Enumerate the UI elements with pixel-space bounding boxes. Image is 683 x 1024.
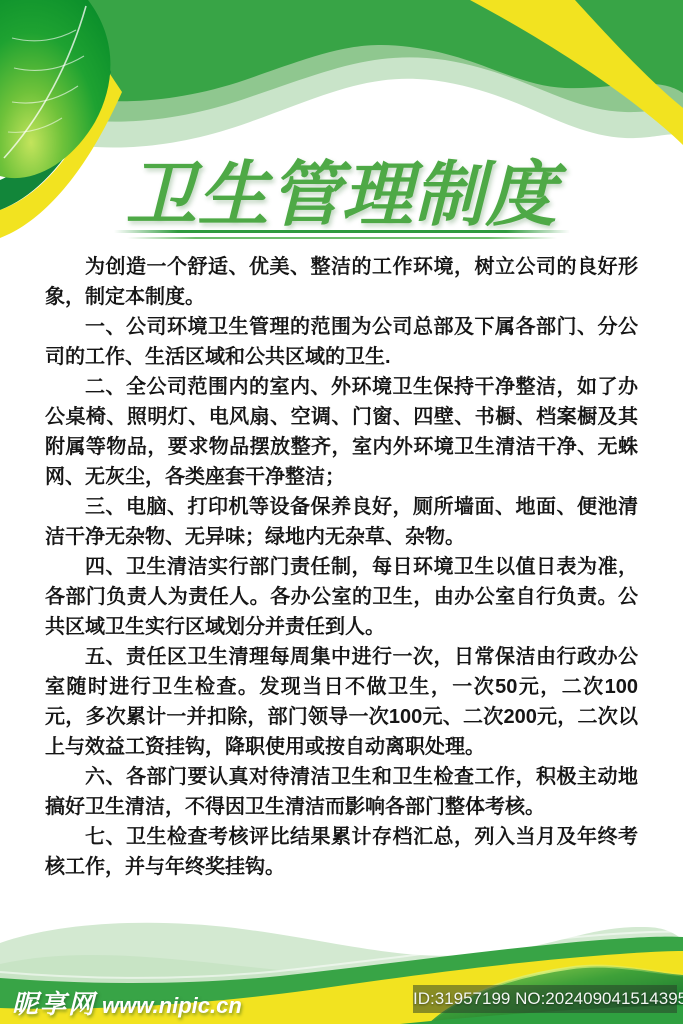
hygiene-rules-poster: 卫生管理制度 为创造一个舒适、优美、整洁的工作环境，树立公司的良好形象，制定本制… xyxy=(0,0,683,1024)
rule-paragraph-6: 六、各部门要认真对待清洁卫生和卫生检查工作，积极主动地搞好卫生清洁，不得因卫生清… xyxy=(45,762,638,822)
rules-body: 为创造一个舒适、优美、整洁的工作环境，树立公司的良好形象，制定本制度。 一、公司… xyxy=(45,252,638,882)
rule-paragraph-5: 五、责任区卫生清理每周集中进行一次，日常保洁由行政办公室随时进行卫生检查。发现当… xyxy=(45,642,638,762)
rule-paragraph-4: 四、卫生清洁实行部门责任制，每日环境卫生以值日表为准，各部门负责人为责任人。各办… xyxy=(45,552,638,642)
rule-paragraph-7: 七、卫生检查考核评比结果累计存档汇总，列入当月及年终考核工作，并与年终奖挂钩。 xyxy=(45,822,638,882)
watermark-site-url: www.nipic.cn xyxy=(102,993,242,1018)
watermark: 昵享网www.nipic.cn xyxy=(12,984,242,1021)
rule-paragraph-2: 二、全公司范围内的室内、外环境卫生保持干净整洁，如了办公桌椅、照明灯、电风扇、空… xyxy=(45,372,638,492)
divider-line-thin xyxy=(127,237,557,239)
rule-paragraph-1: 一、公司环境卫生管理的范围为公司总部及下属各部门、分公司的工作、生活区域和公共区… xyxy=(45,312,638,372)
intro-paragraph: 为创造一个舒适、优美、整洁的工作环境，树立公司的良好形象，制定本制度。 xyxy=(45,252,638,312)
divider-line-thick xyxy=(114,230,570,233)
rule-paragraph-3: 三、电脑、打印机等设备保养良好，厕所墙面、地面、便池清洁干净无杂物、无异味；绿地… xyxy=(45,492,638,552)
title-divider xyxy=(0,230,683,239)
watermark-site-name: 昵享网 xyxy=(12,989,96,1019)
image-id-badge: ID:31957199 NO:20240904151439587122 xyxy=(413,985,677,1013)
page-title: 卫生管理制度 xyxy=(0,138,683,240)
